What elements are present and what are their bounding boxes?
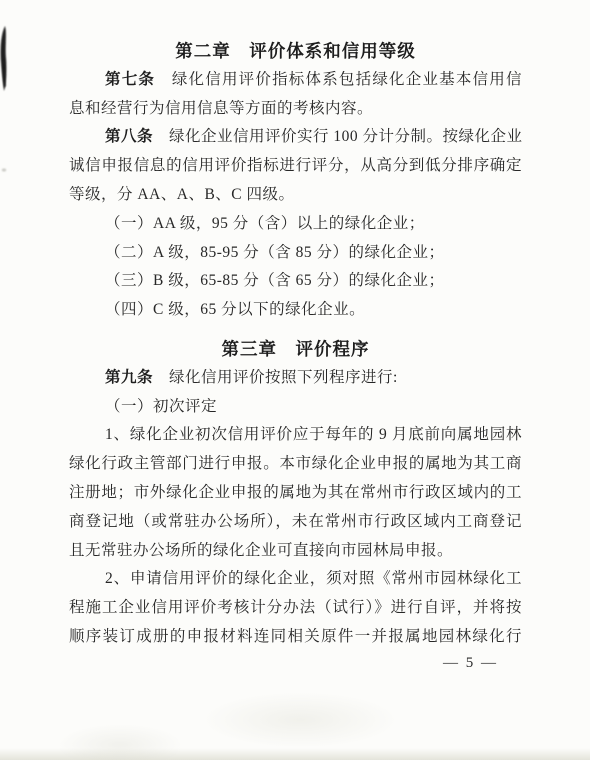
body-line-text: 顺序装订成册的申报材料连同相关原件一并报属地园林绿化行 (69, 628, 522, 645)
body-line: 1、绿化企业初次信用评价应于每年的 9 月底前向属地园林 (69, 421, 522, 450)
chapter-3-heading: 第三章 评价程序 (69, 335, 522, 364)
body-line-text: 息和经营行为信用信息等方面的考核内容。 (69, 100, 373, 117)
body-line: 商登记地（或常驻办公场所），未在常州市行政区域内工商登记 (69, 508, 522, 537)
body-line-text: 等级，分 AA、A、B、C 四级。 (69, 186, 295, 203)
body-line-text: （一）AA 级，95 分（含）以上的绿化企业； (105, 215, 425, 232)
body-line: 诚信申报信息的信用评价指标进行评分，从高分到低分排序确定 (69, 152, 522, 181)
list-item-grade-c: （四）C 级，65 分以下的绿化企业。 (69, 296, 522, 325)
scan-bottom-shadow (0, 748, 590, 760)
body-line-text: 诚信申报信息的信用评价指标进行评分，从高分到低分排序确定 (69, 157, 522, 174)
body-line: 等级，分 AA、A、B、C 四级。 (69, 181, 522, 210)
body-line-text: 程施工企业信用评价考核计分办法（试行）》进行自评，并将按 (69, 599, 522, 616)
page-number: — 5 — (69, 649, 522, 678)
body-line-text: 绿化行政主管部门进行申报。本市绿化企业申报的属地为其工商 (69, 455, 522, 472)
body-line: 注册地；市外绿化企业申报的属地为其在常州市行政区域内的工 (69, 479, 522, 508)
body-line-text: 绿化企业信用评价实行 100 分计分制。按绿化企业 (153, 128, 523, 145)
body-line: 息和经营行为信用信息等方面的考核内容。 (69, 95, 522, 124)
body-line-text: 1、绿化企业初次信用评价应于每年的 9 月底前向属地园林 (105, 426, 522, 443)
body-line-text: （二）A 级，85-95 分（含 85 分）的绿化企业； (105, 244, 445, 261)
body-line: （一）初次评定 (69, 393, 522, 422)
body-line: 且无常驻办公场所的绿化企业可直接向市园林局申报。 (69, 537, 522, 566)
list-item-grade-aa: （一）AA 级，95 分（含）以上的绿化企业； (69, 210, 522, 239)
body-line: 第八条 绿化企业信用评价实行 100 分计分制。按绿化企业 (69, 123, 522, 152)
scan-ink-smudge-icon (0, 20, 22, 190)
body-line-text: 2、申请信用评价的绿化企业，须对照《常州市园林绿化工 (105, 570, 522, 587)
body-line-text: （一）初次评定 (105, 398, 217, 415)
body-line: 程施工企业信用评价考核计分办法（试行）》进行自评，并将按 (69, 594, 522, 623)
article-7-label: 第七条 (105, 71, 155, 88)
body-line-text: 绿化信用评价指标体系包括绿化企业基本信用信 (155, 71, 522, 88)
body-line-text: 绿化信用评价按照下列程序进行: (153, 369, 398, 386)
body-line: 顺序装订成册的申报材料连同相关原件一并报属地园林绿化行 (69, 623, 522, 652)
body-line-text: （三）B 级，65-85 分（含 65 分）的绿化企业； (105, 272, 445, 289)
body-line: 绿化行政主管部门进行申报。本市绿化企业申报的属地为其工商 (69, 450, 522, 479)
scanned-document-page: 第二章 评价体系和信用等级 第七条 绿化信用评价指标体系包括绿化企业基本信用信 … (0, 0, 590, 760)
body-line: 2、申请信用评价的绿化企业，须对照《常州市园林绿化工 (69, 565, 522, 594)
list-item-grade-b: （三）B 级，65-85 分（含 65 分）的绿化企业； (69, 267, 522, 296)
body-line-text: 且无常驻办公场所的绿化企业可直接向市园林局申报。 (69, 542, 453, 559)
text-column: 第二章 评价体系和信用等级 第七条 绿化信用评价指标体系包括绿化企业基本信用信 … (69, 0, 522, 678)
list-item-grade-a: （二）A 级，85-95 分（含 85 分）的绿化企业； (69, 239, 522, 268)
body-line-text: 注册地；市外绿化企业申报的属地为其在常州市行政区域内的工 (69, 484, 522, 501)
body-line: 第九条 绿化信用评价按照下列程序进行: (69, 364, 522, 393)
chapter-2-heading: 第二章 评价体系和信用等级 (69, 37, 522, 66)
article-9-label: 第九条 (105, 369, 153, 386)
article-8-label: 第八条 (105, 128, 153, 145)
body-line-text: （四）C 级，65 分以下的绿化企业。 (105, 301, 365, 318)
body-line-text: 商登记地（或常驻办公场所），未在常州市行政区域内工商登记 (69, 513, 522, 530)
body-line: 第七条 绿化信用评价指标体系包括绿化企业基本信用信 (69, 66, 522, 95)
